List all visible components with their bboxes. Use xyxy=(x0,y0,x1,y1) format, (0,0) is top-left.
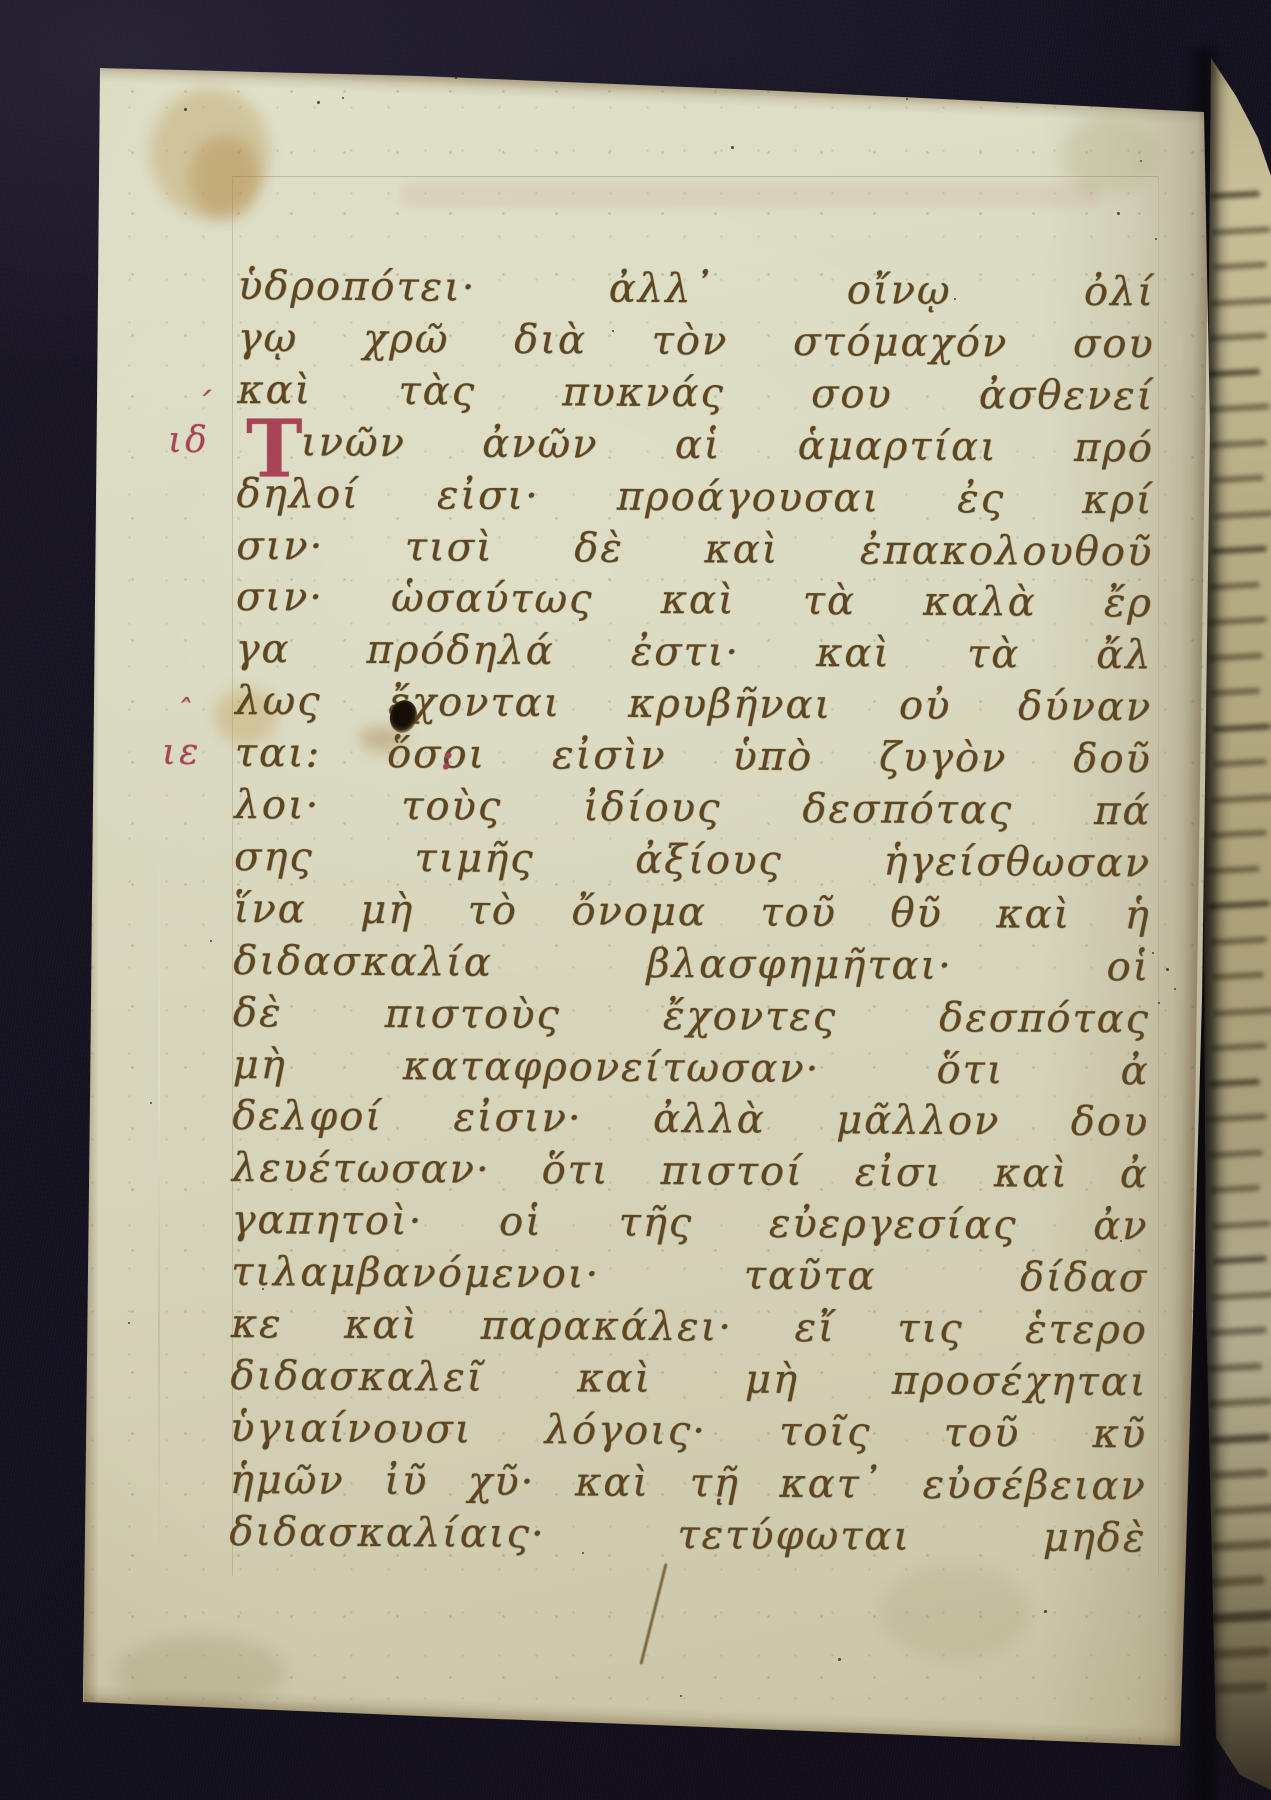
text-line-24: ἡμῶν ἰῦ χῦ· καὶ τῇ κατ᾽ εὐσέβειαν xyxy=(230,1460,1147,1506)
text-line-7: σιν· ὡσαύτως καὶ τὰ καλὰ ἔρ xyxy=(236,577,1153,623)
text-line-16: μὴ καταφρονείτωσαν· ὅτι ἀ xyxy=(233,1045,1150,1091)
text-line-4: ινῶν ἀνῶν αἱ ἁμαρτίαι πρό xyxy=(301,422,1154,468)
chapter-number-15: ιε xyxy=(162,732,201,773)
text-line-13: ἵνα μὴ τὸ ὄνομα τοῦ θῦ καὶ ἡ xyxy=(234,889,1151,935)
text-line-6: σιν· τισὶ δὲ καὶ ἐπακολουθοῦ xyxy=(236,526,1153,572)
greek-text-block: ὑδροπότει· ἀλλ᾽ οἴνῳ ὀλίγῳ χρῶ διὰ τὸν σ… xyxy=(0,0,1271,1800)
text-line-2: γῳ χρῶ διὰ τὸν στόμαχόν σου xyxy=(238,318,1155,364)
text-line-14: διδασκαλία βλασφημῆται· οἱ xyxy=(233,941,1150,987)
text-line-25: διδασκαλίαις· τετύφωται μηδὲ xyxy=(229,1512,1146,1558)
text-line-18: λευέτωσαν· ὅτι πιστοί εἰσι καὶ ἀ xyxy=(232,1148,1149,1194)
text-line-20: τιλαμβανόμενοι· ταῦτα δίδασ xyxy=(231,1252,1148,1298)
text-line-15: δὲ πιστοὺς ἔχοντες δεσπότας xyxy=(233,993,1150,1039)
text-line-11: λοι· τοὺς ἰδίους δεσπότας πά xyxy=(234,785,1151,831)
text-line-21: κε καὶ παρακάλει· εἴ τις ἑτερο xyxy=(231,1304,1148,1350)
text-line-10: ται: ὅσοι εἰσὶν ὑπὸ ζυγὸν δοῦ xyxy=(235,733,1152,779)
chapter-number-15-accent: ˆ xyxy=(176,694,191,729)
text-line-17: δελφοί εἰσιν· ἀλλὰ μᾶλλον δου xyxy=(232,1096,1149,1142)
manuscript-photograph: ὑδροπότει· ἀλλ᾽ οἴνῳ ὀλίγῳ χρῶ διὰ τὸν σ… xyxy=(0,0,1271,1800)
parchment-page: ὑδροπότει· ἀλλ᾽ οἴνῳ ὀλίγῳ χρῶ διὰ τὸν σ… xyxy=(0,0,1271,1800)
text-line-19: γαπητοὶ· οἱ τῆς εὐεργεσίας ἀν xyxy=(231,1200,1148,1246)
text-line-23: ὑγιαίνουσι λόγοις· τοῖς τοῦ κῦ xyxy=(230,1408,1147,1454)
rubric-initial-tau: Τ xyxy=(246,402,303,495)
text-line-1: ὑδροπότει· ἀλλ᾽ οἴνῳ ὀλί xyxy=(238,266,1155,312)
chapter-number-14: ιδ xyxy=(168,420,210,461)
chapter-number-14-accent: ´ xyxy=(194,386,211,426)
text-line-3: καὶ τὰς πυκνάς σου ἀσθενεί xyxy=(237,370,1154,416)
text-line-8: γα πρόδηλά ἐστι· καὶ τὰ ἄλ xyxy=(235,629,1152,675)
text-line-12: σης τιμῆς ἀξίους ἡγείσθωσαν xyxy=(234,837,1151,883)
text-line-22: διδασκαλεῖ καὶ μὴ προσέχηται xyxy=(230,1356,1147,1402)
text-line-5: δηλοί εἰσι· προάγουσαι ἐς κρί xyxy=(237,474,1154,520)
text-line-9: λως ἔχονται κρυβῆναι οὐ δύναν xyxy=(235,681,1152,727)
rubric-colon: : xyxy=(441,738,454,778)
